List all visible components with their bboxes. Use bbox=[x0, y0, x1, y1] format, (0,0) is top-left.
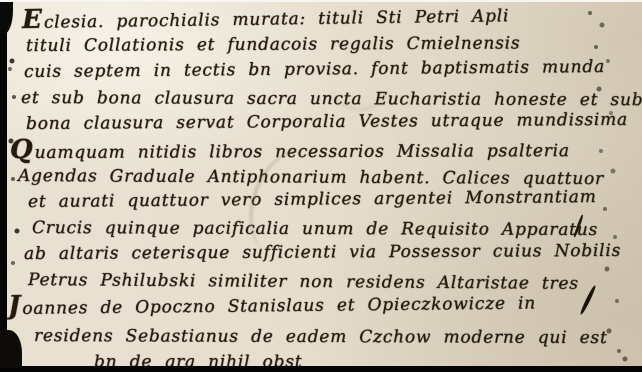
scan-border-left bbox=[0, 0, 7, 372]
manuscript-line: ab altaris ceterisque sufficienti via Po… bbox=[24, 238, 624, 267]
scan-border-corner bbox=[0, 0, 13, 34]
manuscript-line: residens Sebastianus de eadem Czchow mod… bbox=[34, 323, 624, 351]
scan-edge-top bbox=[0, 0, 642, 2]
manuscript-line: cuis septem in tectis bn provisa. font b… bbox=[24, 54, 624, 85]
scan-border-bottom bbox=[0, 366, 642, 372]
manuscript-line: bona clausura servat Corporalia Vestes u… bbox=[26, 107, 624, 137]
paper-smudge bbox=[330, 58, 390, 110]
manuscript-page: Eclesia. parochialis murata: tituli Sti … bbox=[0, 0, 642, 372]
manuscript-line: Eclesia. parochialis murata: tituli Sti … bbox=[22, 0, 624, 33]
manuscript-line: Joannes de Opoczno Stanislaus et Opieczk… bbox=[8, 287, 624, 319]
